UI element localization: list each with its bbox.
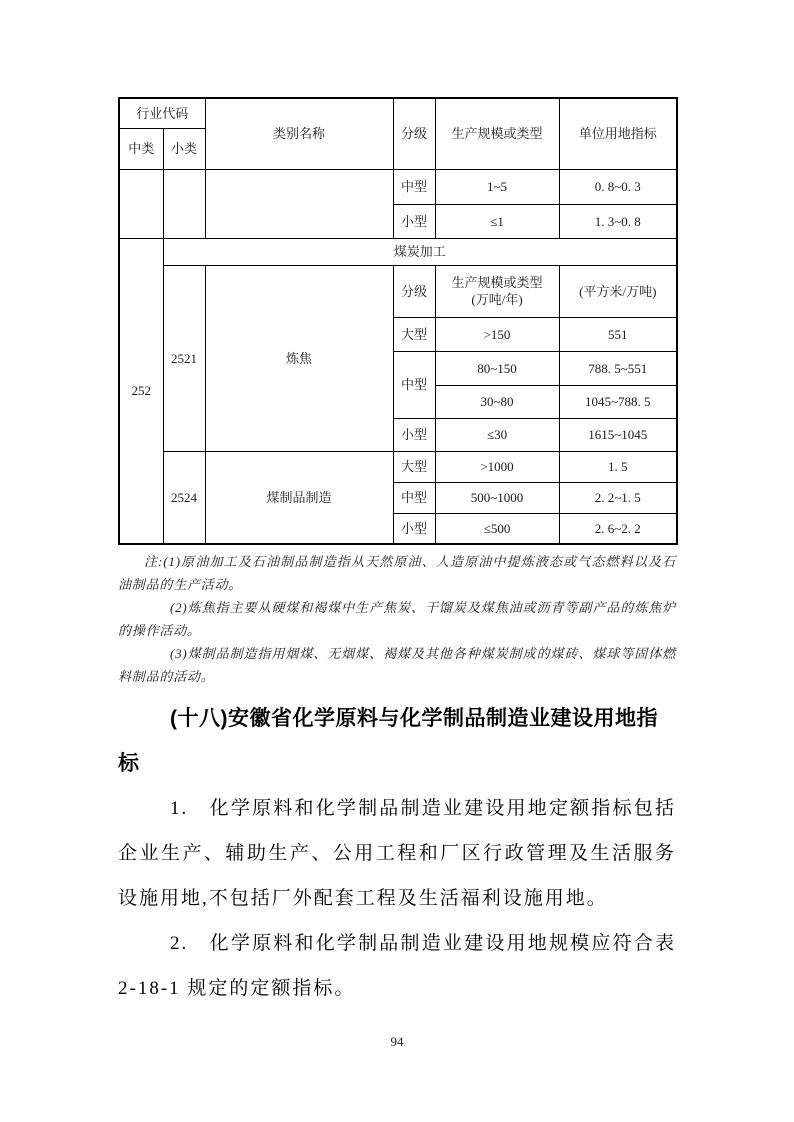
cell-unit: 1045~788. 5 — [559, 385, 677, 418]
cell-category-empty — [205, 169, 393, 238]
subheader-scale: 生产规模或类型 (万吨/年) — [435, 265, 559, 317]
cell-small-class-empty — [163, 169, 205, 238]
cell-scale: 30~80 — [435, 385, 559, 418]
cell-grade: 大型 — [393, 451, 435, 482]
cell-scale: 500~1000 — [435, 482, 559, 513]
cell-scale: 80~150 — [435, 351, 559, 385]
table-row: 2524 煤制品制造 大型 >1000 1. 5 — [119, 451, 677, 482]
cell-scale: ≤1 — [435, 204, 559, 238]
cell-grade: 小型 — [393, 418, 435, 451]
cell-unit: 1615~1045 — [559, 418, 677, 451]
cell-grade: 小型 — [393, 513, 435, 544]
subheader-unit: (平方米/万吨) — [559, 265, 677, 317]
subheader-grade: 分级 — [393, 265, 435, 317]
note-3: (3)煤制品制造指用烟煤、无烟煤、褐煤及其他各种煤炭制成的煤砖、煤球等固体燃料制… — [118, 642, 676, 688]
header-small-class: 小类 — [163, 128, 205, 169]
note-2: (2)炼焦指主要从硬煤和褐煤中生产焦炭、干馏炭及煤焦油或沥青等副产品的炼焦炉的操… — [118, 596, 676, 642]
cell-scale: ≤500 — [435, 513, 559, 544]
section-heading: (十八)安徽省化学原料与化学制品制造业建设用地指标 — [118, 696, 676, 786]
cell-unit: 2. 2~1. 5 — [559, 482, 677, 513]
cell-grade: 中型 — [393, 482, 435, 513]
cell-unit: 1. 5 — [559, 451, 677, 482]
cell-category-name: 煤制品制造 — [205, 451, 393, 544]
cell-grade: 大型 — [393, 317, 435, 351]
cell-category-name: 炼焦 — [205, 265, 393, 451]
sub-header-row: 2521 炼焦 分级 生产规模或类型 (万吨/年) (平方米/万吨) — [119, 265, 677, 317]
cell-mid-code: 252 — [119, 238, 163, 544]
table-notes: 注:(1)原油加工及石油制品制造指从天然原油、人造原油中提炼液态或气态燃料以及石… — [118, 550, 676, 688]
section-title-row: 252 煤炭加工 — [119, 238, 677, 265]
note-1: 注:(1)原油加工及石油制品制造指从天然原油、人造原油中提炼液态或气态燃料以及石… — [118, 550, 676, 596]
document-page: 行业代码 类别名称 分级 生产规模或类型 单位用地指标 中类 小类 中型 1~5 — [0, 0, 794, 1122]
cell-unit: 551 — [559, 317, 677, 351]
cell-unit: 0. 8~0. 3 — [559, 169, 677, 204]
subheader-scale-line2: (万吨/年) — [438, 291, 557, 308]
cell-small-code: 2524 — [163, 451, 205, 544]
cell-scale: ≤30 — [435, 418, 559, 451]
cell-grade: 中型 — [393, 169, 435, 204]
cell-small-code: 2521 — [163, 265, 205, 451]
cell-unit: 1. 3~0. 8 — [559, 204, 677, 238]
cell-mid-class-empty — [119, 169, 163, 238]
cell-scale: >1000 — [435, 451, 559, 482]
page-content: 行业代码 类别名称 分级 生产规模或类型 单位用地指标 中类 小类 中型 1~5 — [118, 97, 676, 1011]
header-category-name: 类别名称 — [205, 98, 393, 169]
header-scale: 生产规模或类型 — [435, 98, 559, 169]
cell-grade: 中型 — [393, 351, 435, 418]
cell-scale: >150 — [435, 317, 559, 351]
cell-grade: 小型 — [393, 204, 435, 238]
cell-section-title: 煤炭加工 — [163, 238, 677, 265]
subheader-scale-line1: 生产规模或类型 — [438, 274, 557, 291]
cell-scale: 1~5 — [435, 169, 559, 204]
table-header-row-1: 行业代码 类别名称 分级 生产规模或类型 单位用地指标 — [119, 98, 677, 128]
page-number: 94 — [0, 1034, 794, 1050]
land-use-indicator-table: 行业代码 类别名称 分级 生产规模或类型 单位用地指标 中类 小类 中型 1~5 — [118, 97, 678, 545]
paragraph-1: 1. 化学原料和化学制品制造业建设用地定额指标包括企业生产、辅助生产、公用工程和… — [118, 786, 676, 921]
header-industry-code: 行业代码 — [119, 98, 205, 128]
cell-unit: 788. 5~551 — [559, 351, 677, 385]
header-unit-indicator: 单位用地指标 — [559, 98, 677, 169]
cell-unit: 2. 6~2. 2 — [559, 513, 677, 544]
table-row: 中型 1~5 0. 8~0. 3 — [119, 169, 677, 204]
paragraph-2: 2. 化学原料和化学制品制造业建设用地规模应符合表2-18-1 规定的定额指标。 — [118, 921, 676, 1011]
header-grade: 分级 — [393, 98, 435, 169]
header-mid-class: 中类 — [119, 128, 163, 169]
